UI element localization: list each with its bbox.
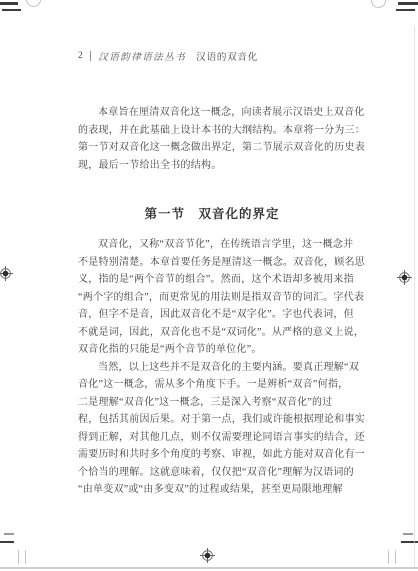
intro-paragraphs: 本章旨在厘清双音化这一概念，向读者展示汉语史上双音化的表现，并在此基础上设计本书…: [78, 104, 346, 174]
trim-mark-icon: [4, 533, 14, 535]
text-line: 不就是词，因此，双音化也不是“双词化”。从严格的意义上说，: [78, 324, 346, 342]
text-line: 个恰当的理解。这就意味着，仅仅把“双音化”理解为汉语词的: [78, 464, 346, 482]
faint-registration-circle-icon: [371, 0, 386, 8]
text-line: 现，最后一节给出全书的结构。: [78, 157, 346, 175]
text-line: 需要历时和共时多个角度的考察、审视，如此方能对双音化有一: [78, 446, 346, 464]
text-line: 不是特别清楚。本章首要任务是厘清这一概念。双音化，顾名思: [78, 254, 346, 272]
section-heading: 第一节 双音化的界定: [78, 205, 346, 223]
header-divider: [90, 51, 91, 61]
text-line: 得到正解，对其他几点，则不仅需要理论同语言事实的结合，还: [78, 429, 346, 447]
page-edge: [0, 567, 418, 569]
series-title: 汉语韵律语法丛书: [98, 49, 186, 63]
text-line: 的表现，并在此基础上设计本书的大纲结构。本章将一分为三：: [78, 122, 346, 140]
text-line: 双音化，又称“双音节化”，在传统语言学里，这一概念并: [78, 236, 346, 254]
text-line: 程，包括其前因后果。对于第一点，我们或许能根据理论和事实: [78, 411, 346, 429]
trim-mark-icon: [396, 9, 415, 11]
trim-mark-icon: [0, 541, 14, 543]
text-line: 音，但字不是音，因此双音化不是“双字化”。字也代表词，但: [78, 306, 346, 324]
paragraph: 当然，以上这些并不是双音化的主要内涵。要真正理解“双音化”这一概念，需从多个角度…: [78, 359, 346, 499]
text-line: 音化”这一概念，需从多个角度下手。一是辨析“双音”何指，: [78, 376, 346, 394]
text-line: 双音化指的只能是“两个音节的单位化”。: [78, 341, 346, 359]
trim-mark-icon: [401, 541, 418, 543]
scanned-book-page: 2 汉语韵律语法丛书 汉语的双音化 本章旨在厘清双音化这一概念，向读者展示汉语史…: [0, 0, 418, 571]
trim-mark-icon: [398, 2, 418, 5]
book-title: 汉语的双音化: [196, 49, 258, 63]
registration-mark-icon: [0, 266, 13, 281]
page-number: 2: [78, 51, 83, 61]
text-line: “由单变双”或“由多变双”的过程或结果，甚至更局限地理解: [78, 481, 346, 499]
running-header: 2 汉语韵律语法丛书 汉语的双音化: [78, 49, 258, 63]
paragraph: 本章旨在厘清双音化这一概念，向读者展示汉语史上双音化的表现，并在此基础上设计本书…: [78, 104, 346, 174]
text-line: 第一节对双音化这一概念做出界定，第二节展示双音化的历史表: [78, 139, 346, 157]
page-shadow-tick: [388, 550, 389, 564]
text-line: “两个字的组合”，而更常见的用法则是指双音节的词汇。字代表: [78, 289, 346, 307]
page-shadow-tick: [25, 550, 26, 564]
registration-mark-icon: [200, 548, 215, 563]
trim-mark-icon: [2, 9, 21, 11]
trim-mark-icon: [0, 2, 18, 5]
page-shadow-tick: [395, 550, 396, 564]
text-line: 二是理解“双音化”这一概念，三是深入考察“双音化”的过: [78, 394, 346, 412]
paragraph: 双音化，又称“双音节化”，在传统语言学里，这一概念并不是特别清楚。本章首要任务是…: [78, 236, 346, 359]
faint-registration-circle-icon: [26, 0, 41, 7]
text-column: 本章旨在厘清双音化这一概念，向读者展示汉语史上双音化的表现，并在此基础上设计本书…: [78, 104, 346, 499]
page-shadow-tick: [18, 550, 19, 564]
trim-mark-icon: [403, 533, 413, 535]
text-line: 本章旨在厘清双音化这一概念，向读者展示汉语史上双音化: [78, 104, 346, 122]
registration-mark-icon: [397, 270, 412, 285]
page-edge: [414, 26, 415, 567]
text-line: 义，指的是“两个音节的组合”。然而，这个术语却多被用来指: [78, 271, 346, 289]
section-paragraphs: 双音化，又称“双音节化”，在传统语言学里，这一概念并不是特别清楚。本章首要任务是…: [78, 236, 346, 499]
text-line: 当然，以上这些并不是双音化的主要内涵。要真正理解“双: [78, 359, 346, 377]
